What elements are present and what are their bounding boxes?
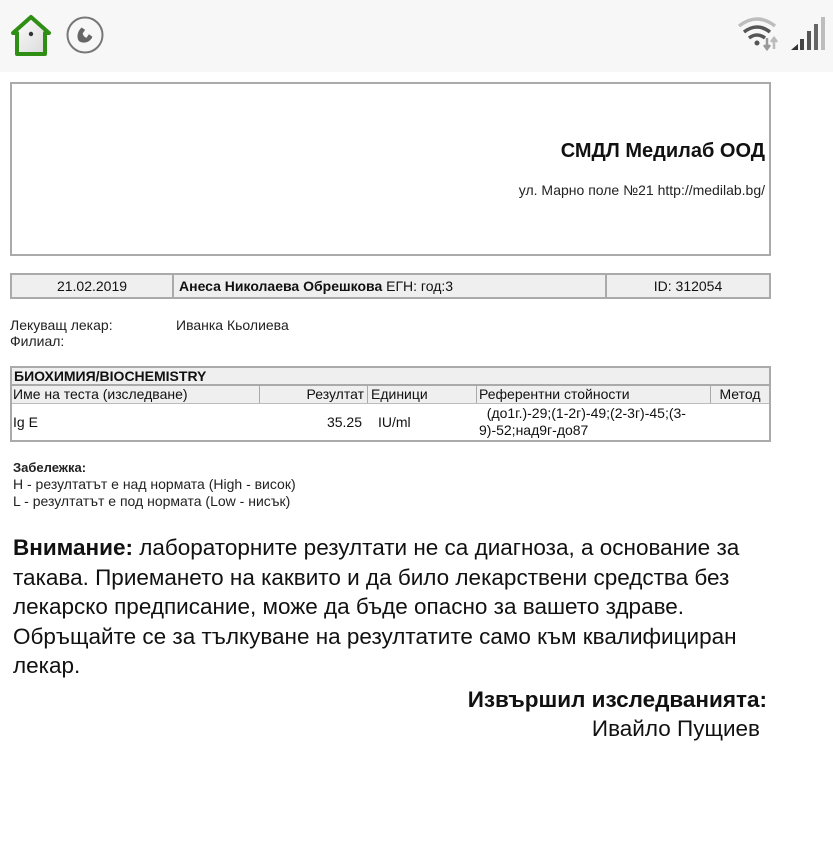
table-row: Ig E 35.25 IU/ml (до1г.)-29;(1-2г)-49;(2… xyxy=(12,404,769,440)
report-date: 21.02.2019 xyxy=(12,275,174,297)
signature-label: Извършил изследванията: xyxy=(468,687,767,713)
doctor-label: Лекуващ лекар: xyxy=(10,317,176,333)
warning-label: Внимание: xyxy=(13,535,133,560)
lab-address: ул. Марно поле №21 http://medilab.bg/ xyxy=(519,182,765,198)
report-id: ID: 312054 xyxy=(607,275,769,297)
status-icons xyxy=(737,14,829,54)
col-method: Метод xyxy=(711,386,769,403)
notes-title: Забележка: xyxy=(13,460,296,476)
test-reference: (до1г.)-29;(1-2г)-49;(2-3г)-45;(3-9)-52;… xyxy=(477,405,711,439)
warning-text: Внимание: лабораторните резултати не са … xyxy=(13,533,773,681)
wifi-icon xyxy=(737,14,787,54)
reference-text: (до1г.)-29;(1-2г)-49;(2-3г)-45;(3-9)-52;… xyxy=(479,405,686,438)
patient-egn: ЕГН: год:3 xyxy=(382,278,453,294)
col-units: Единици xyxy=(368,386,477,403)
test-name: Ig E xyxy=(12,414,260,430)
note-high: H - резултатът е над нормата (High - вис… xyxy=(13,476,296,493)
lab-name: СМДЛ Медилаб ООД xyxy=(561,140,765,163)
patient-info: Анеса Николаева Обрешкова ЕГН: год:3 xyxy=(174,275,607,297)
home-button[interactable] xyxy=(10,14,52,58)
doctor-name: Иванка Кьолиева xyxy=(176,317,289,333)
phone-button[interactable] xyxy=(65,15,105,55)
col-reference: Референтни стойности xyxy=(477,386,711,403)
col-test-name: Име на теста (изследване) xyxy=(12,386,260,403)
results-table: БИОХИМИЯ/BIOCHEMISTRY Име на теста (изсл… xyxy=(10,366,771,442)
patient-name: Анеса Николаева Обрешкова xyxy=(179,278,382,294)
col-result: Резултат xyxy=(260,386,368,403)
branch-label: Филиал: xyxy=(10,333,176,349)
signal-icon xyxy=(790,14,830,54)
notes: Забележка: H - резултатът е над нормата … xyxy=(13,460,296,510)
patient-bar: 21.02.2019 Анеса Николаева Обрешкова ЕГН… xyxy=(10,273,771,299)
section-title: БИОХИМИЯ/BIOCHEMISTRY xyxy=(12,368,769,386)
lab-header: СМДЛ Медилаб ООД ул. Марно поле №21 http… xyxy=(10,82,771,256)
doctor-info: Лекуващ лекар: Иванка Кьолиева Филиал: xyxy=(10,317,289,349)
top-bar xyxy=(0,0,833,72)
phone-icon xyxy=(65,15,105,55)
note-low: L - резултатът е под нормата (Low - нисъ… xyxy=(13,493,296,510)
test-result: 35.25 xyxy=(260,414,368,430)
table-header: Име на теста (изследване) Резултат Едини… xyxy=(12,386,769,404)
home-icon xyxy=(10,14,52,58)
signature-name: Ивайло Пущиев xyxy=(592,716,760,742)
test-units: IU/ml xyxy=(368,414,477,430)
